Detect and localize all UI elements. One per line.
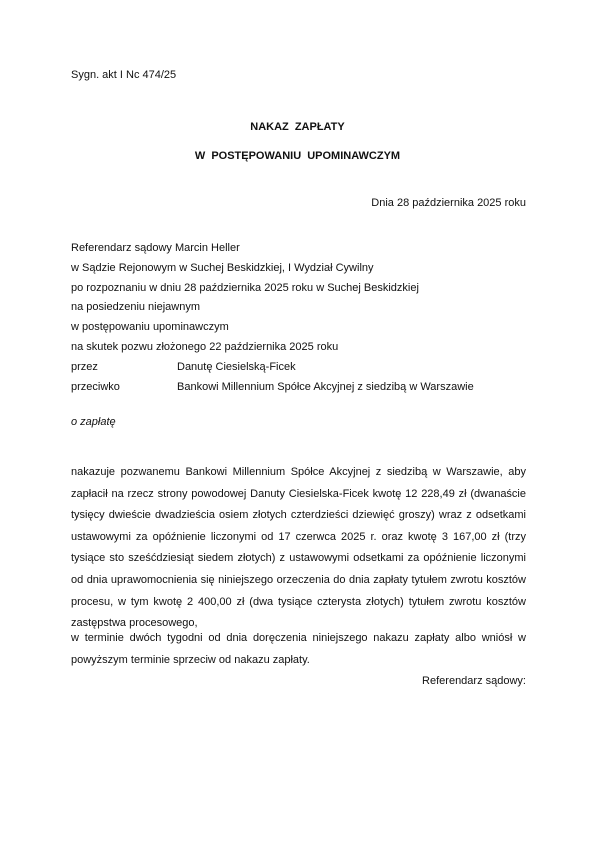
defendant-label: przeciwko	[71, 378, 177, 398]
court-line: w Sądzie Rejonowym w Suchej Beskidzkiej,…	[71, 259, 474, 279]
official-line: Referendarz sądowy Marcin Heller	[71, 239, 474, 259]
deadline-paragraph: w terminie dwóch tygodni od dnia doręcze…	[71, 628, 526, 671]
order-paragraph: nakazuje pozwanemu Bankowi Millennium Sp…	[71, 462, 526, 635]
issue-date: Dnia 28 października 2025 roku	[371, 197, 526, 209]
claim-filed-line: na skutek pozwu złożonego 22 październik…	[71, 338, 474, 358]
defendant-name: Bankowi Millennium Spółce Akcyjnej z sie…	[177, 378, 474, 398]
case-signature: Sygn. akt I Nc 474/25	[71, 69, 176, 81]
document-subtitle: W POSTĘPOWANIU UPOMINAWCZYM	[0, 150, 595, 162]
order-header: Referendarz sądowy Marcin Heller w Sądzi…	[71, 239, 474, 397]
plaintiff-name: Danutę Ciesielską-Ficek	[177, 358, 296, 378]
hearing-line: po rozpoznaniu w dniu 28 października 20…	[71, 279, 474, 299]
plaintiff-row: przez Danutę Ciesielską-Ficek	[71, 358, 474, 378]
case-subject: o zapłatę	[71, 416, 116, 428]
session-line: na posiedzeniu niejawnym	[71, 298, 474, 318]
plaintiff-label: przez	[71, 358, 177, 378]
signature-label: Referendarz sądowy:	[422, 675, 526, 687]
procedure-line: w postępowaniu upominawczym	[71, 318, 474, 338]
defendant-row: przeciwko Bankowi Millennium Spółce Akcy…	[71, 378, 474, 398]
document-title: NAKAZ ZAPŁATY	[0, 121, 595, 133]
